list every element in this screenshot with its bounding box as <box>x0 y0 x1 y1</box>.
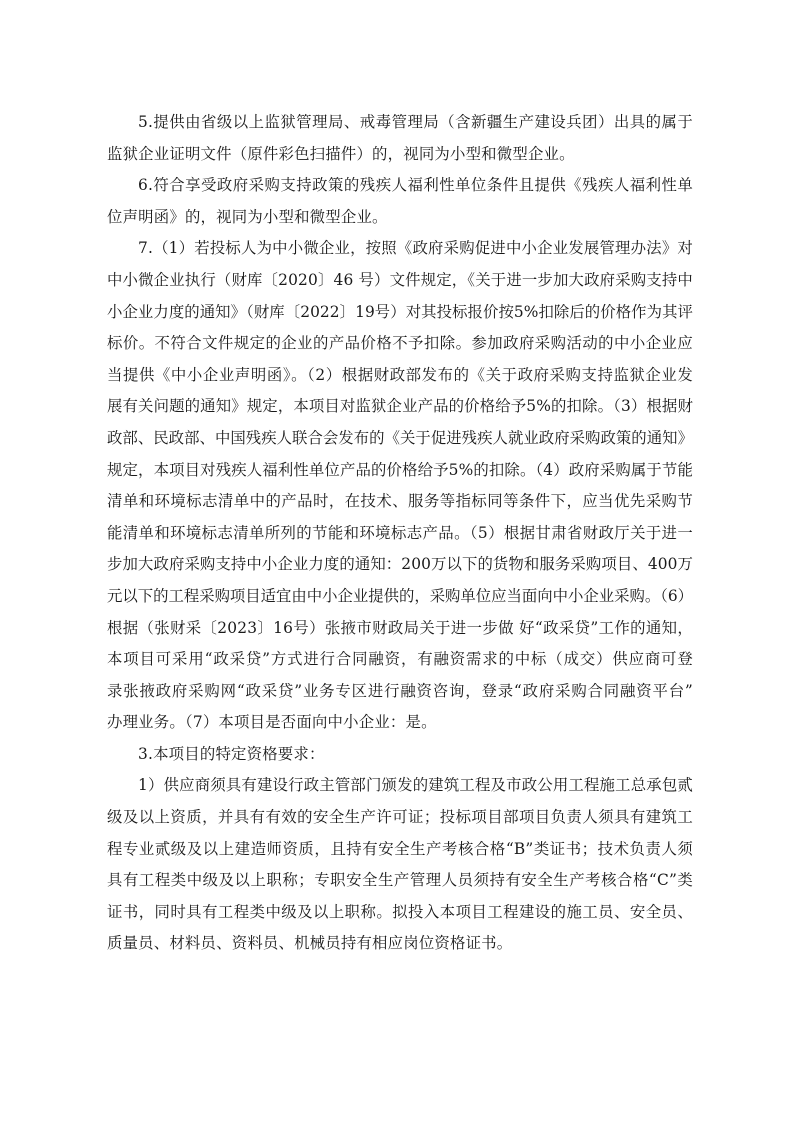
paragraph-line: 6.符合享受政府采购支持政策的残疾人福利性单位条件且提供《残疾人福利性单 <box>107 170 693 202</box>
paragraph-line: 政部、民政部、中国残疾人联合会发布的《关于促进残疾人就业政府采购政策的通知》 <box>107 423 693 455</box>
section-heading: 3.本项目的特定资格要求： <box>107 739 693 771</box>
paragraph-line: 元以下的工程采购项目适宜由中小企业提供的，采购单位应当面向中小企业采购。（6） <box>107 581 693 613</box>
paragraph-line: 本项目可采用“政采贷”方式进行合同融资，有融资需求的中标（成交）供应商可登 <box>107 644 693 676</box>
paragraph-line: 证书，同时具有工程类中级及以上职称。拟投入本项目工程建设的施工员、安全员、 <box>107 897 693 929</box>
paragraph-line: 展有关问题的通知》规定，本项目对监狱企业产品的价格给予5%的扣除。（3）根据财 <box>107 391 693 423</box>
paragraph-line: 根据（张财采〔2023〕16号）张掖市财政局关于进一步做 好“政采贷”工作的通知… <box>107 613 693 645</box>
paragraph-line: 录张掖政府采购网“政采贷”业务专区进行融资咨询，登录“政府采购合同融资平台” <box>107 676 693 708</box>
paragraph-line: 清单和环境标志清单中的产品时，在技术、服务等指标同等条件下，应当优先采购节 <box>107 486 693 518</box>
paragraph-line: 7.（1）若投标人为中小微企业，按照《政府采购促进中小企业发展管理办法》对 <box>107 233 693 265</box>
paragraph-line: 质量员、材料员、资料员、机械员持有相应岗位资格证书。 <box>107 928 693 960</box>
paragraph-line: 1）供应商须具有建设行政主管部门颁发的建筑工程及市政公用工程施工总承包贰 <box>107 770 693 802</box>
paragraph-line: 当提供《中小企业声明函》。（2）根据财政部发布的《关于政府采购支持监狱企业发 <box>107 360 693 392</box>
paragraph-line: 能清单和环境标志清单所列的节能和环境标志产品。（5）根据甘肃省财政厅关于进一 <box>107 518 693 550</box>
paragraph-line: 中小微企业执行（财库〔2020〕46 号）文件规定，《关于进一步加大政府采购支持… <box>107 265 693 297</box>
paragraph-line: 步加大政府采购支持中小企业力度的通知：200万以下的货物和服务采购项目、400万 <box>107 549 693 581</box>
paragraph-line: 5.提供由省级以上监狱管理局、戒毒管理局（含新疆生产建设兵团）出具的属于 <box>107 107 693 139</box>
paragraph-line: 监狱企业证明文件（原件彩色扫描件）的，视同为小型和微型企业。 <box>107 139 693 171</box>
paragraph-line: 级及以上资质，并具有有效的安全生产许可证；投标项目部项目负责人须具有建筑工 <box>107 802 693 834</box>
paragraph-line: 位声明函》的，视同为小型和微型企业。 <box>107 202 693 234</box>
paragraph-line: 小企业力度的通知》（财库〔2022〕19号）对其投标报价按5%扣除后的价格作为其… <box>107 297 693 329</box>
paragraph-line: 规定，本项目对残疾人福利性单位产品的价格给予5%的扣除。（4）政府采购属于节能 <box>107 455 693 487</box>
paragraph-line: 标价。不符合文件规定的企业的产品价格不予扣除。参加政府采购活动的中小企业应 <box>107 328 693 360</box>
paragraph-line: 具有工程类中级及以上职称；专职安全生产管理人员须持有安全生产考核合格“C”类 <box>107 865 693 897</box>
paragraph-line: 程专业贰级及以上建造师资质，且持有安全生产考核合格“B”类证书；技术负责人须 <box>107 834 693 866</box>
paragraph-line: 办理业务。（7）本项目是否面向中小企业：是。 <box>107 707 693 739</box>
document-page: 5.提供由省级以上监狱管理局、戒毒管理局（含新疆生产建设兵团）出具的属于 监狱企… <box>107 107 693 960</box>
